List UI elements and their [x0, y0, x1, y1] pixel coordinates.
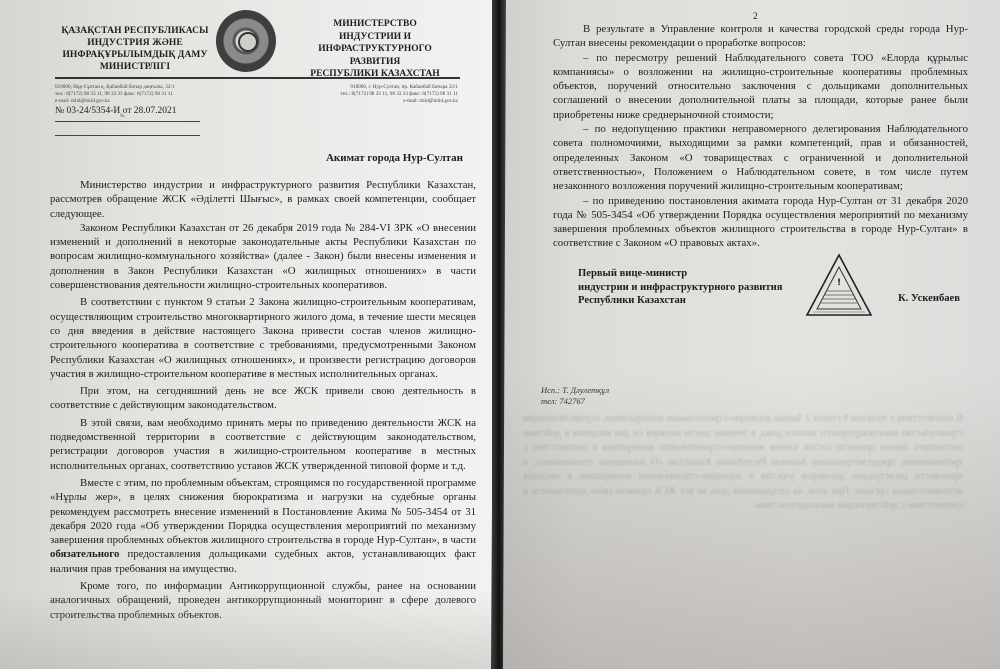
paragraph: При этом, на сегодняшний день не все ЖСК…	[50, 384, 476, 413]
address-line: e-mail: miid@miid.gov.kz	[55, 98, 215, 105]
list-item: – по приведению постановления акимата го…	[553, 194, 968, 251]
list-item: – по пересмотру решений Наблюдательного …	[553, 51, 968, 122]
letter-body-page-2: В результате в Управление контроля и кач…	[553, 22, 968, 251]
signatory-title: Первый вице-министр индустрии и инфрастр…	[578, 267, 782, 308]
paragraph: В соответствии с пунктом 9 статьи 2 Зако…	[50, 295, 476, 381]
address-line: 010000, Нұр-Сұлтан қ, Қабанбай батыр даң…	[55, 84, 215, 91]
org-name-ru-line: ИНФРАСТРУКТУРНОГО РАЗВИТИЯ	[295, 43, 455, 68]
signatory-title-line: Первый вице-министр	[578, 267, 782, 281]
org-name-kz-line: ИНДУСТРИЯ ЖӘНЕ	[60, 37, 210, 49]
paragraph: Министерство индустрии и инфраструктурно…	[50, 178, 476, 221]
paragraph: В результате в Управление контроля и кач…	[553, 22, 968, 51]
signatory-title-line: Республики Казахстан	[578, 294, 782, 308]
executor-name: Исп.: Т. Дәулетқұл	[541, 385, 609, 396]
address-line: тел.: 8(7172) 98 33 11, 98 33 33 факс: 8…	[300, 91, 458, 98]
bleed-text: В соответствии с пунктом 9 статьи 2 Зако…	[523, 413, 963, 497]
address-line: 010000, г. Нур-Султан, пр. Кабанбай баты…	[300, 84, 458, 91]
address-kz: 010000, Нұр-Сұлтан қ, Қабанбай батыр даң…	[55, 84, 215, 105]
paragraph: В этой связи, вам необходимо принять мер…	[50, 416, 476, 473]
header-divider	[55, 77, 460, 79]
org-name-ru-line: ИНДУСТРИИ И	[295, 31, 455, 44]
state-emblem-icon	[216, 10, 276, 72]
emphasis-text: обязательного	[50, 548, 119, 560]
letter-page-2: 2 В результате в Управление контроля и к…	[503, 0, 1000, 669]
triangular-stamp-icon: !	[805, 253, 873, 317]
signatory-title-line: индустрии и инфраструктурного развития	[578, 281, 782, 295]
bleed-through-text: В соответствии с пунктом 9 статьи 2 Зако…	[523, 412, 963, 514]
svg-text:!: !	[837, 278, 841, 288]
org-name-ru-line: РЕСПУБЛИКИ КАЗАХСТАН	[295, 68, 455, 81]
addressee: Акимат города Нур-Султан	[60, 152, 463, 164]
registration-number: № 03-24/5354-И от 28.07.2021	[55, 106, 177, 116]
letter-body-page-1: Министерство индустрии и инфраструктурно…	[50, 178, 476, 625]
address-ru: 010000, г. Нур-Султан, пр. Кабанбай баты…	[300, 84, 458, 105]
org-name-kz: ҚАЗАҚСТАН РЕСПУБЛИКАСЫ ИНДУСТРИЯ ЖӘНЕ ИН…	[60, 25, 210, 73]
list-item: – по недопущению практики неправомерного…	[553, 122, 968, 193]
org-name-ru-line: МИНИСТЕРСТВО	[295, 18, 455, 31]
paragraph: Законом Республики Казахстан от 26 декаб…	[50, 221, 476, 292]
address-line: e-mail: miid@miid.gov.kz	[300, 98, 458, 105]
page-number: 2	[753, 12, 758, 22]
org-name-kz-line: ИНФРАҚҰРЫЛЫМДЫҚ ДАМУ	[60, 49, 210, 61]
executor-info: Исп.: Т. Дәулетқұл тел: 742767	[541, 385, 609, 407]
letter-page-1: ҚАЗАҚСТАН РЕСПУБЛИКАСЫ ИНДУСТРИЯ ЖӘНЕ ИН…	[0, 0, 495, 669]
paragraph: Кроме того, по информации Антикоррупцион…	[50, 579, 476, 622]
address-line: тел.: 8(7172) 98 33 11, 98 33 33 факс: 8…	[55, 91, 215, 98]
signatory-name: К. Ускенбаев	[898, 293, 960, 304]
org-name-ru: МИНИСТЕРСТВО ИНДУСТРИИ И ИНФРАСТРУКТУРНО…	[295, 18, 455, 81]
blank-number-mark: №	[120, 114, 125, 119]
registration-line	[55, 121, 200, 122]
org-name-kz-line: ҚАЗАҚСТАН РЕСПУБЛИКАСЫ	[60, 25, 210, 37]
registration-line	[55, 135, 200, 136]
org-name-kz-line: МИНИСТРЛІГІ	[60, 61, 210, 73]
executor-phone: тел: 742767	[541, 396, 609, 407]
paragraph-text: Вместе с этим, по проблемным объектам, с…	[50, 477, 476, 546]
paragraph-with-emphasis: Вместе с этим, по проблемным объектам, с…	[50, 476, 476, 576]
